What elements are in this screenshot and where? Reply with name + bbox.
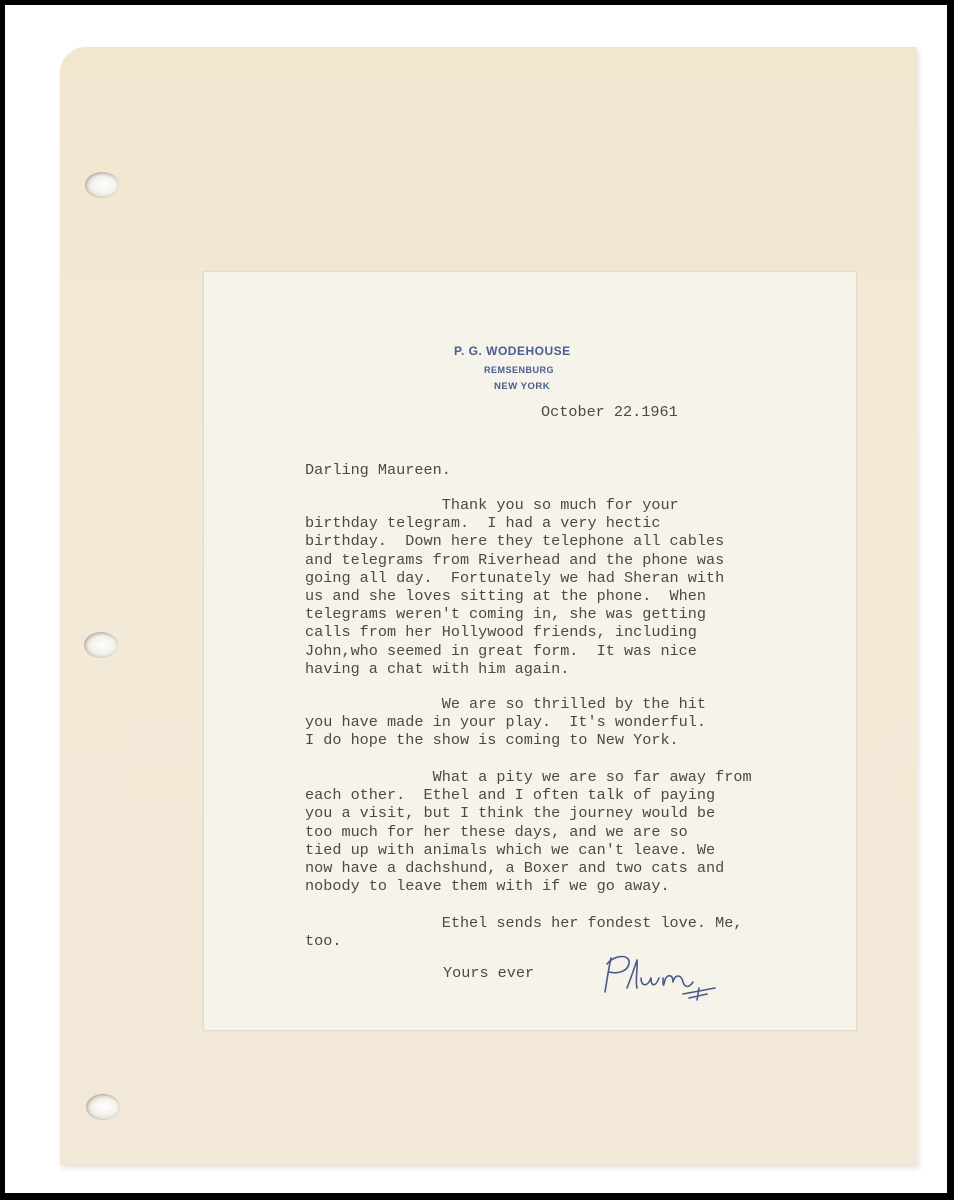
paragraph-play: We are so thrilled by the hit you have m… xyxy=(305,695,706,750)
letter-date: October 22.1961 xyxy=(541,403,678,421)
signature-plum-icon xyxy=(597,948,737,1008)
letterhead-state: NEW YORK xyxy=(494,381,550,392)
letterhead-name: P. G. WODEHOUSE xyxy=(454,344,571,358)
hole-punch-top xyxy=(85,172,119,198)
salutation: Darling Maureen. xyxy=(305,461,451,479)
hole-punch-bottom xyxy=(86,1094,120,1120)
paragraph-distance: What a pity we are so far away from each… xyxy=(305,768,752,895)
hole-punch-middle xyxy=(84,632,118,658)
letter-sheet: P. G. WODEHOUSE REMSENBURG NEW YORK Octo… xyxy=(203,271,857,1031)
image-frame: P. G. WODEHOUSE REMSENBURG NEW YORK Octo… xyxy=(5,5,947,1193)
letterhead-town: REMSENBURG xyxy=(484,365,554,375)
paragraph-birthday: Thank you so much for your birthday tele… xyxy=(305,496,724,678)
closing: Yours ever xyxy=(443,964,534,982)
paragraph-love: Ethel sends her fondest love. Me, too. xyxy=(305,914,742,950)
